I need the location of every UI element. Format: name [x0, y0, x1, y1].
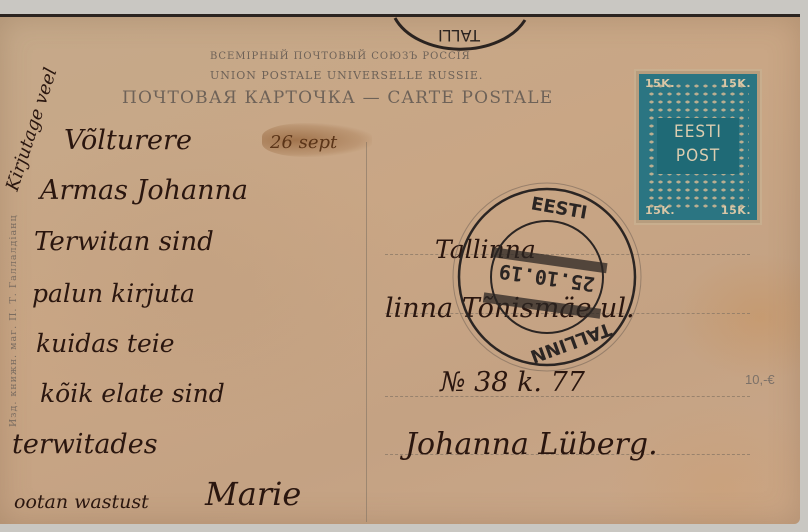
address-line-text: № 38 k. 77 — [440, 367, 585, 398]
message-line: Terwitan sind — [34, 227, 214, 257]
signature: Marie — [205, 475, 301, 513]
message-line: terwitades — [12, 429, 158, 460]
pencil-price: 10,-€ — [745, 372, 775, 387]
upu-french-header: UNION POSTALE UNIVERSELLE RUSSIE. — [210, 69, 483, 82]
stamp-country: EESTI — [657, 122, 739, 142]
message-line: Võlturere — [64, 125, 192, 156]
message-line: ootan wastust — [14, 491, 149, 513]
date-note: 26 sept — [270, 132, 337, 153]
postcard-reverse: ВСЕМІРНЫЙ ПОЧТОВЫЙ СОЮЗЪ РОССІЯ UNION PO… — [0, 14, 800, 524]
stamp-denomination: 15K. — [645, 204, 675, 217]
stamp-denomination: 15K. — [721, 77, 751, 90]
postcard-title: ПОЧТОВАЯ КАРТОЧКА — CARTE POSTALE — [122, 88, 553, 108]
upu-russian-header: ВСЕМІРНЫЙ ПОЧТОВЫЙ СОЮЗЪ РОССІЯ — [210, 51, 471, 62]
message-line: kuidas teie — [36, 329, 175, 358]
publisher-imprint: Изд. книжн. маг. П. Т. Галлалдіанц — [8, 214, 19, 427]
message-line: kõik elate sind — [40, 379, 225, 408]
stamp-service: POST — [657, 146, 739, 166]
postage-stamp: 15K. 15K. 15K. 15K. EESTI POST — [636, 71, 760, 223]
message-line: palun kirjuta — [32, 279, 195, 308]
address-line-text: Tallinna — [435, 235, 536, 264]
stamp-center-panel: EESTI POST — [657, 118, 739, 174]
message-line: Armas Johanna — [40, 175, 248, 206]
address-line-text: linna Tõnismäe ul. — [385, 293, 635, 324]
stamp-denomination: 15K. — [721, 204, 751, 217]
stamp-denomination: 15K. — [645, 77, 675, 90]
address-line-text: Johanna Lüberg. — [405, 427, 658, 462]
message-address-divider — [366, 142, 367, 522]
